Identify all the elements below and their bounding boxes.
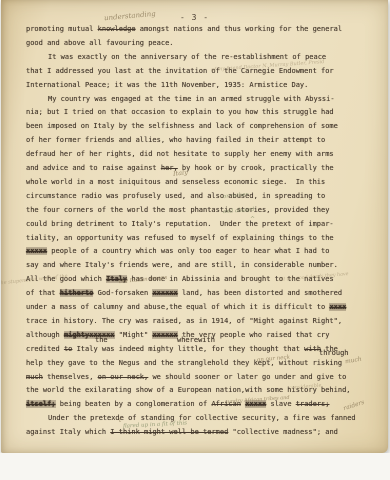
typed-line: credited to Italy was indeed mighty litt…: [26, 345, 338, 353]
typed-text: Italy was indeed mighty little, for they…: [72, 345, 304, 353]
handwritten-note: much: [345, 356, 363, 366]
typed-text: people of a country which was only too e…: [47, 247, 329, 255]
handwritten-note: Italy: [173, 168, 189, 178]
typed-text-blot: xxxxxx: [152, 331, 177, 339]
typed-text-strike: on our neck,: [98, 373, 149, 381]
typed-line: good and above all favouring peace.: [26, 39, 174, 47]
typed-text: tiality, an opportunity was refused to m…: [26, 234, 334, 242]
typed-insertion: wherewith: [177, 336, 215, 344]
typed-text: the four corners of the world the most p…: [26, 206, 329, 214]
typed-text: God-forsaken: [93, 289, 152, 297]
typed-insertion: the: [95, 336, 108, 344]
typed-text-strike: much: [26, 373, 43, 381]
typed-text: circumstance radio was profusely used, a…: [26, 192, 325, 200]
typed-text: could bring detriment to Italy's reputat…: [26, 220, 334, 228]
document-page: - 3 - promoting mutual knowledge amongst…: [1, 0, 388, 453]
typed-line: Under the pretexde of standing for colle…: [48, 414, 356, 422]
typed-text-blot: xxxx: [329, 303, 346, 311]
typed-text: International Peace; it was the 11th Nov…: [26, 81, 308, 89]
typed-line: nia; but I tried on that occasion to exp…: [26, 108, 334, 116]
typed-text: and advice and to raise against: [26, 164, 161, 172]
typed-text: credited: [26, 345, 64, 353]
page-number: - 3 -: [180, 13, 209, 22]
typed-line: whole world in a most iniquitous and sen…: [26, 178, 325, 186]
typed-text: against Italy which: [26, 428, 110, 436]
typed-line: been imposed on Italy by the selfishness…: [26, 122, 338, 130]
typed-text: by hook or by crook, practically the: [178, 164, 334, 172]
typed-text: My country was engaged at the time in an…: [48, 95, 335, 103]
typed-text: help they gave to the Negus and the stra…: [26, 359, 342, 367]
typed-text: themselves,: [43, 373, 98, 381]
typed-line: of that hitherto God-forsaken xxxxxx lan…: [26, 289, 342, 297]
handwritten-note: and absurd: [223, 207, 255, 215]
typed-insertion: through: [319, 349, 349, 357]
typed-text: It was exactly on the anniversary of the…: [48, 53, 326, 61]
typed-text-strike: traders;: [296, 400, 330, 408]
typed-line: xxxxx people of a country which was only…: [26, 247, 329, 255]
typed-text: that I addressed you last at the invitat…: [26, 67, 334, 75]
typed-line: say and where Italy's friends were, and …: [26, 261, 338, 269]
typed-text: under a mass of calumny and abuse,the eq…: [26, 303, 329, 311]
typed-text: Under the pretexde of standing for colle…: [48, 414, 356, 422]
handwritten-note: t: [119, 417, 121, 424]
scanned-document-screenshot: { "doc": { "page_number": "- 3 -", "colo…: [0, 0, 390, 480]
typed-line: of her former friends and allies, who ha…: [26, 136, 325, 144]
typed-line: itself; being beaten by a conglomeration…: [26, 400, 330, 408]
typed-line: My country was engaged at the time in an…: [48, 95, 335, 103]
typed-line: defraud her of her rights, did not hesit…: [26, 150, 334, 158]
typed-text: "collective madness"; and: [228, 428, 338, 436]
handwritten-note: ^: [250, 216, 255, 223]
handwritten-note: raiders: [342, 399, 365, 412]
typed-text-blot: xxxxxx: [152, 289, 177, 297]
typed-line: that I addressed you last at the invitat…: [26, 67, 334, 75]
typed-text-blot: xxxxx: [26, 247, 47, 255]
scanner-background: [0, 453, 390, 480]
handwritten-note: understanding: [104, 10, 156, 22]
typed-line: help they gave to the Negus and the stra…: [26, 359, 342, 367]
typed-text: amongst nations and thus working for the…: [136, 25, 343, 33]
typed-line: promoting mutual knowledge amongst natio…: [26, 25, 342, 33]
typed-text: although: [26, 331, 64, 339]
typed-line: tiality, an opportunity was refused to m…: [26, 234, 334, 242]
typed-line: against Italy which I think might well b…: [26, 428, 338, 436]
typed-text: whole world in a most iniquitous and sen…: [26, 178, 325, 186]
typed-line: It was exactly on the anniversary of the…: [48, 53, 326, 61]
typed-text: defraud her of her rights, did not hesit…: [26, 150, 334, 158]
typed-line: could bring detriment to Italy's reputat…: [26, 220, 334, 228]
typed-line: trace in history. The cry was raised, as…: [26, 317, 342, 325]
typed-text: being beaten by a conglomeration of: [56, 400, 212, 408]
typed-line: International Peace; it was the 11th Nov…: [26, 81, 308, 89]
typed-text-strike: knowledge: [98, 25, 136, 33]
typed-text: trace in history. The cry was raised, as…: [26, 317, 342, 325]
typed-text: been imposed on Italy by the selfishness…: [26, 122, 338, 130]
typed-text: promoting mutual: [26, 25, 98, 33]
typed-text: good and above all favouring peace.: [26, 39, 174, 47]
typed-text: of her former friends and allies, who ha…: [26, 136, 325, 144]
typed-line: the four corners of the world the most p…: [26, 206, 329, 214]
typed-text-blot: itself;: [26, 400, 56, 408]
typed-text: say and where Italy's friends were, and …: [26, 261, 338, 269]
typed-line: circumstance radio was profusely used, a…: [26, 192, 325, 200]
typed-text: nia; but I tried on that occasion to exp…: [26, 108, 334, 116]
typed-text: "Might": [115, 331, 153, 339]
typed-text-blot: hitherto: [60, 289, 94, 297]
typed-text: of that: [26, 289, 60, 297]
typed-text: we should sooner or later go under and g…: [148, 373, 346, 381]
typed-text: land, has been distorted and smothered: [178, 289, 342, 297]
typed-line: under a mass of calumny and abuse,the eq…: [26, 303, 346, 311]
typed-line: much themselves, on our neck, we should …: [26, 373, 346, 381]
